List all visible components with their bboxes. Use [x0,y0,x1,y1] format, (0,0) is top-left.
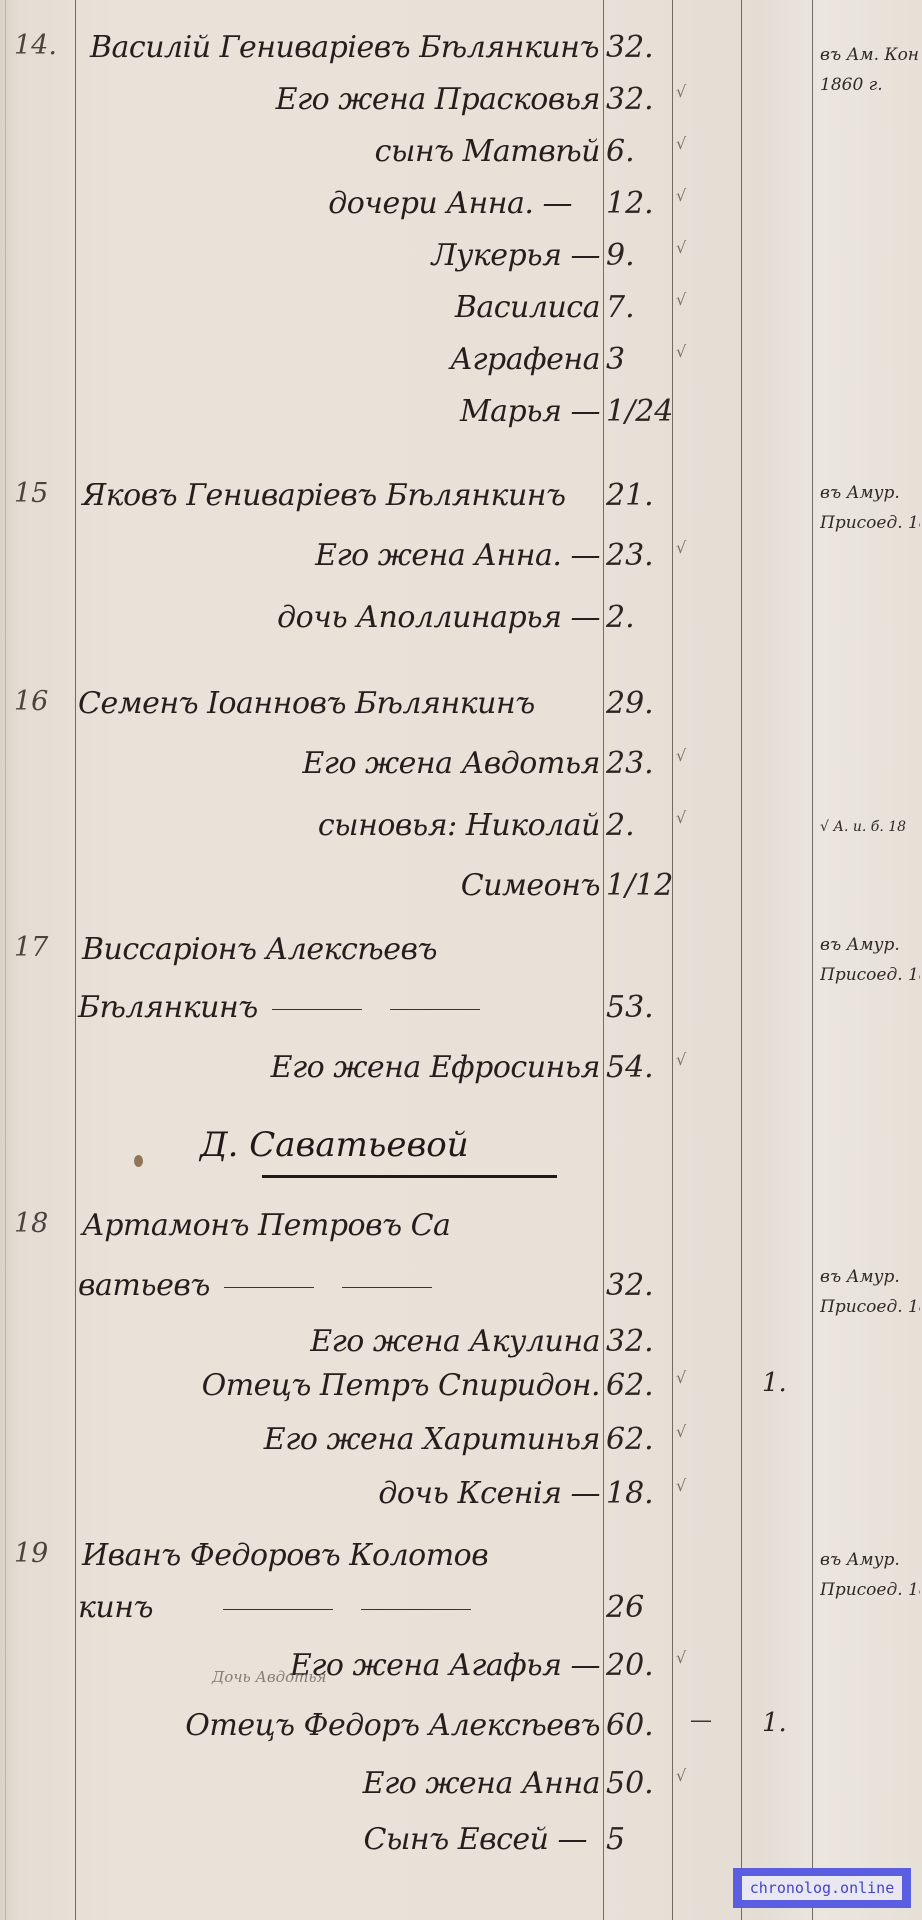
entry-age: 18. [606,1476,670,1511]
column-b-value: 1. [762,1708,787,1738]
entry-age: 21. [606,478,670,513]
entry-row: дочь Ксенія — 18. √ [0,1476,922,1516]
entry-row: Отецъ Федоръ Алексѣевъ 60. — 1. [0,1708,922,1748]
entry-row: Его жена Прасковья 32. √ [0,82,922,122]
check-mark-icon: √ [676,1422,686,1441]
entry-name: Артамонъ Петровъ Са [82,1208,450,1243]
check-mark-icon: √ [676,342,686,361]
entry-age: 1/24 [606,394,670,429]
entry-row: Его жена Агафья — 20. √ [0,1648,922,1688]
entry-name: Виссаріонъ Алексѣевъ [82,932,437,967]
margin-note: въ Амур. Присоед. 18 [820,930,920,990]
entry-row: Лукерья — 9. √ [0,238,922,278]
entry-number: 15 [14,478,70,509]
entry-row: Аграфена 3 √ [0,342,922,382]
entry-age: 2. [606,808,670,843]
entry-row: сыновья: Николай 2. √ [0,808,922,848]
check-mark-icon: √ [676,1648,686,1667]
check-mark-icon: √ [676,290,686,309]
entry-row: Его жена Анна 50. √ [0,1766,922,1806]
entry-row: Сынъ Евсей — 5 [0,1822,922,1862]
entry-row: Его жена Акулина 32. [0,1324,922,1364]
entry-age: 54. [606,1050,670,1085]
margin-note: √ А. и. б. 18 [820,812,920,842]
filler-line [390,1009,480,1010]
entry-name: дочь Аполлинарья — [277,600,600,635]
note-line: въ Амур. [820,1545,920,1575]
entry-age: 2. [606,600,670,635]
ink-stain [134,1155,143,1167]
check-mark-icon: √ [676,1476,686,1495]
entry-name: сынъ Матвѣй [375,134,600,169]
check-mark-icon: √ [676,1766,686,1785]
entry-name: Отецъ Федоръ Алексѣевъ [185,1708,600,1743]
entry-row: 17 Виссаріонъ Алексѣевъ [0,932,922,972]
entry-name: Симеонъ [461,868,600,903]
column-b-value: 1. [762,1368,787,1398]
entry-name: ватьевъ [78,1268,446,1303]
entry-age: 62. [606,1368,670,1403]
entry-age: 26 [606,1590,670,1625]
section-heading: Д. Саватьевой [200,1125,469,1165]
margin-note: въ Амур. Присоед. 18 [820,478,920,538]
name-text: Бѣлянкинъ [78,990,258,1025]
entry-name: Его жена Агафья — [290,1648,600,1683]
entry-row: Его жена Харитинья 62. √ [0,1422,922,1462]
column-a-value: — [690,1708,712,1733]
entry-age: 32. [606,1268,670,1303]
entry-row: Василиса 7. √ [0,290,922,330]
filler-line [342,1287,432,1288]
entry-row: Его жена Анна. — 23. √ [0,538,922,578]
entry-age: 32. [606,82,670,117]
entry-name: Сынъ Евсей — [364,1822,587,1857]
entry-row: 15 Яковъ Гениваріевъ Бѣлянкинъ 21. [0,478,922,518]
entry-age: 32. [606,30,670,65]
entry-name: Бѣлянкинъ [78,990,494,1025]
entry-age: 5 [606,1822,670,1857]
pencil-insertion: Дочь Авдотья [212,1668,326,1686]
entry-name: Отецъ Петръ Спиридон. [202,1368,600,1403]
entry-name: Лукерья — [431,238,600,273]
entry-name: Его жена Анна [363,1766,600,1801]
entry-age: 20. [606,1648,670,1683]
name-text: кинъ [78,1590,153,1625]
entry-age: 23. [606,746,670,781]
entry-row: ватьевъ 32. [0,1268,922,1308]
entry-age: 23. [606,538,670,573]
entry-name: Его жена Харитинья [264,1422,600,1457]
entry-name: Иванъ Федоровъ Колотов [82,1538,488,1573]
entry-name: сыновья: Николай [318,808,600,843]
check-mark-icon: √ [676,134,686,153]
check-mark-icon: √ [676,808,686,827]
note-line: въ Амур. [820,930,920,960]
entry-row: Отецъ Петръ Спиридон. 62. √ 1. [0,1368,922,1408]
entry-age: 62. [606,1422,670,1457]
entry-age: 6. [606,134,670,169]
entry-row: дочь Аполлинарья — 2. [0,600,922,640]
note-line: Присоед. 18 [820,508,920,538]
filler-line [272,1009,362,1010]
check-mark-icon: √ [676,186,686,205]
note-line: Присоед. 18 [820,960,920,990]
entry-age: 9. [606,238,670,273]
entry-age: 50. [606,1766,670,1801]
entry-name: Его жена Акулина [310,1324,600,1359]
entry-age: 1/12 [606,868,670,903]
entry-name: дочери Анна. — [328,186,572,221]
note-line: √ А. и. б. 18 [820,812,920,842]
entry-name: дочь Ксенія — [378,1476,600,1511]
name-text: ватьевъ [78,1268,210,1303]
entry-number: 19 [14,1538,70,1569]
entry-number: 17 [14,932,70,963]
entry-number: 16 [14,686,70,717]
entry-age: 29. [606,686,670,721]
check-mark-icon: √ [676,238,686,257]
watermark-text: chronolog.online [742,1876,903,1900]
entry-row: Марья — 1/24 [0,394,922,434]
entry-row: 19 Иванъ Федоровъ Колотов [0,1538,922,1578]
entry-row: кинъ 26 [0,1590,922,1630]
heading-underline [262,1175,557,1178]
entry-name: Его жена Прасковья [276,82,600,117]
entry-name: Его жена Анна. — [315,538,600,573]
check-mark-icon: √ [676,1050,686,1069]
entry-row: 18 Артамонъ Петровъ Са [0,1208,922,1248]
entry-number: 18 [14,1208,70,1239]
entry-row: Симеонъ 1/12 [0,868,922,908]
check-mark-icon: √ [676,82,686,101]
entry-age: 7. [606,290,670,325]
entry-name: Яковъ Гениваріевъ Бѣлянкинъ [82,478,566,513]
entry-age: 60. [606,1708,670,1743]
entry-age: 3 [606,342,670,377]
entry-row: Бѣлянкинъ 53. [0,990,922,1030]
entry-row: дочери Анна. — 12. √ [0,186,922,226]
filler-line [223,1609,333,1610]
entry-name: Василиса [455,290,600,325]
entry-row: 14. Василій Гениваріевъ Бѣлянкинъ 32. [0,30,922,70]
entry-name: Марья — [460,394,600,429]
note-line: въ Ам. Кон [820,40,920,70]
note-line: въ Амур. [820,478,920,508]
filler-line [224,1287,314,1288]
check-mark-icon: √ [676,538,686,557]
entry-name: Аграфена [450,342,600,377]
entry-row: сынъ Матвѣй 6. √ [0,134,922,174]
entry-name: кинъ [78,1590,485,1625]
entry-name: Василій Гениваріевъ Бѣлянкинъ [90,30,599,65]
entry-number: 14. [14,30,70,61]
entry-row: Его жена Авдотья 23. √ [0,746,922,786]
entry-name: Его жена Ефросинья [271,1050,600,1085]
watermark-badge[interactable]: chronolog.online [733,1868,911,1908]
check-mark-icon: √ [676,1368,686,1387]
entry-row: 16 Семенъ Іоанновъ Бѣлянкинъ 29. [0,686,922,726]
entry-row: Его жена Ефросинья 54. √ [0,1050,922,1090]
entry-age: 12. [606,186,670,221]
check-mark-icon: √ [676,746,686,765]
entry-name: Его жена Авдотья [302,746,600,781]
entry-age: 32. [606,1324,670,1359]
entry-name: Семенъ Іоанновъ Бѣлянкинъ [78,686,535,721]
filler-line [361,1609,471,1610]
entry-age: 53. [606,990,670,1025]
